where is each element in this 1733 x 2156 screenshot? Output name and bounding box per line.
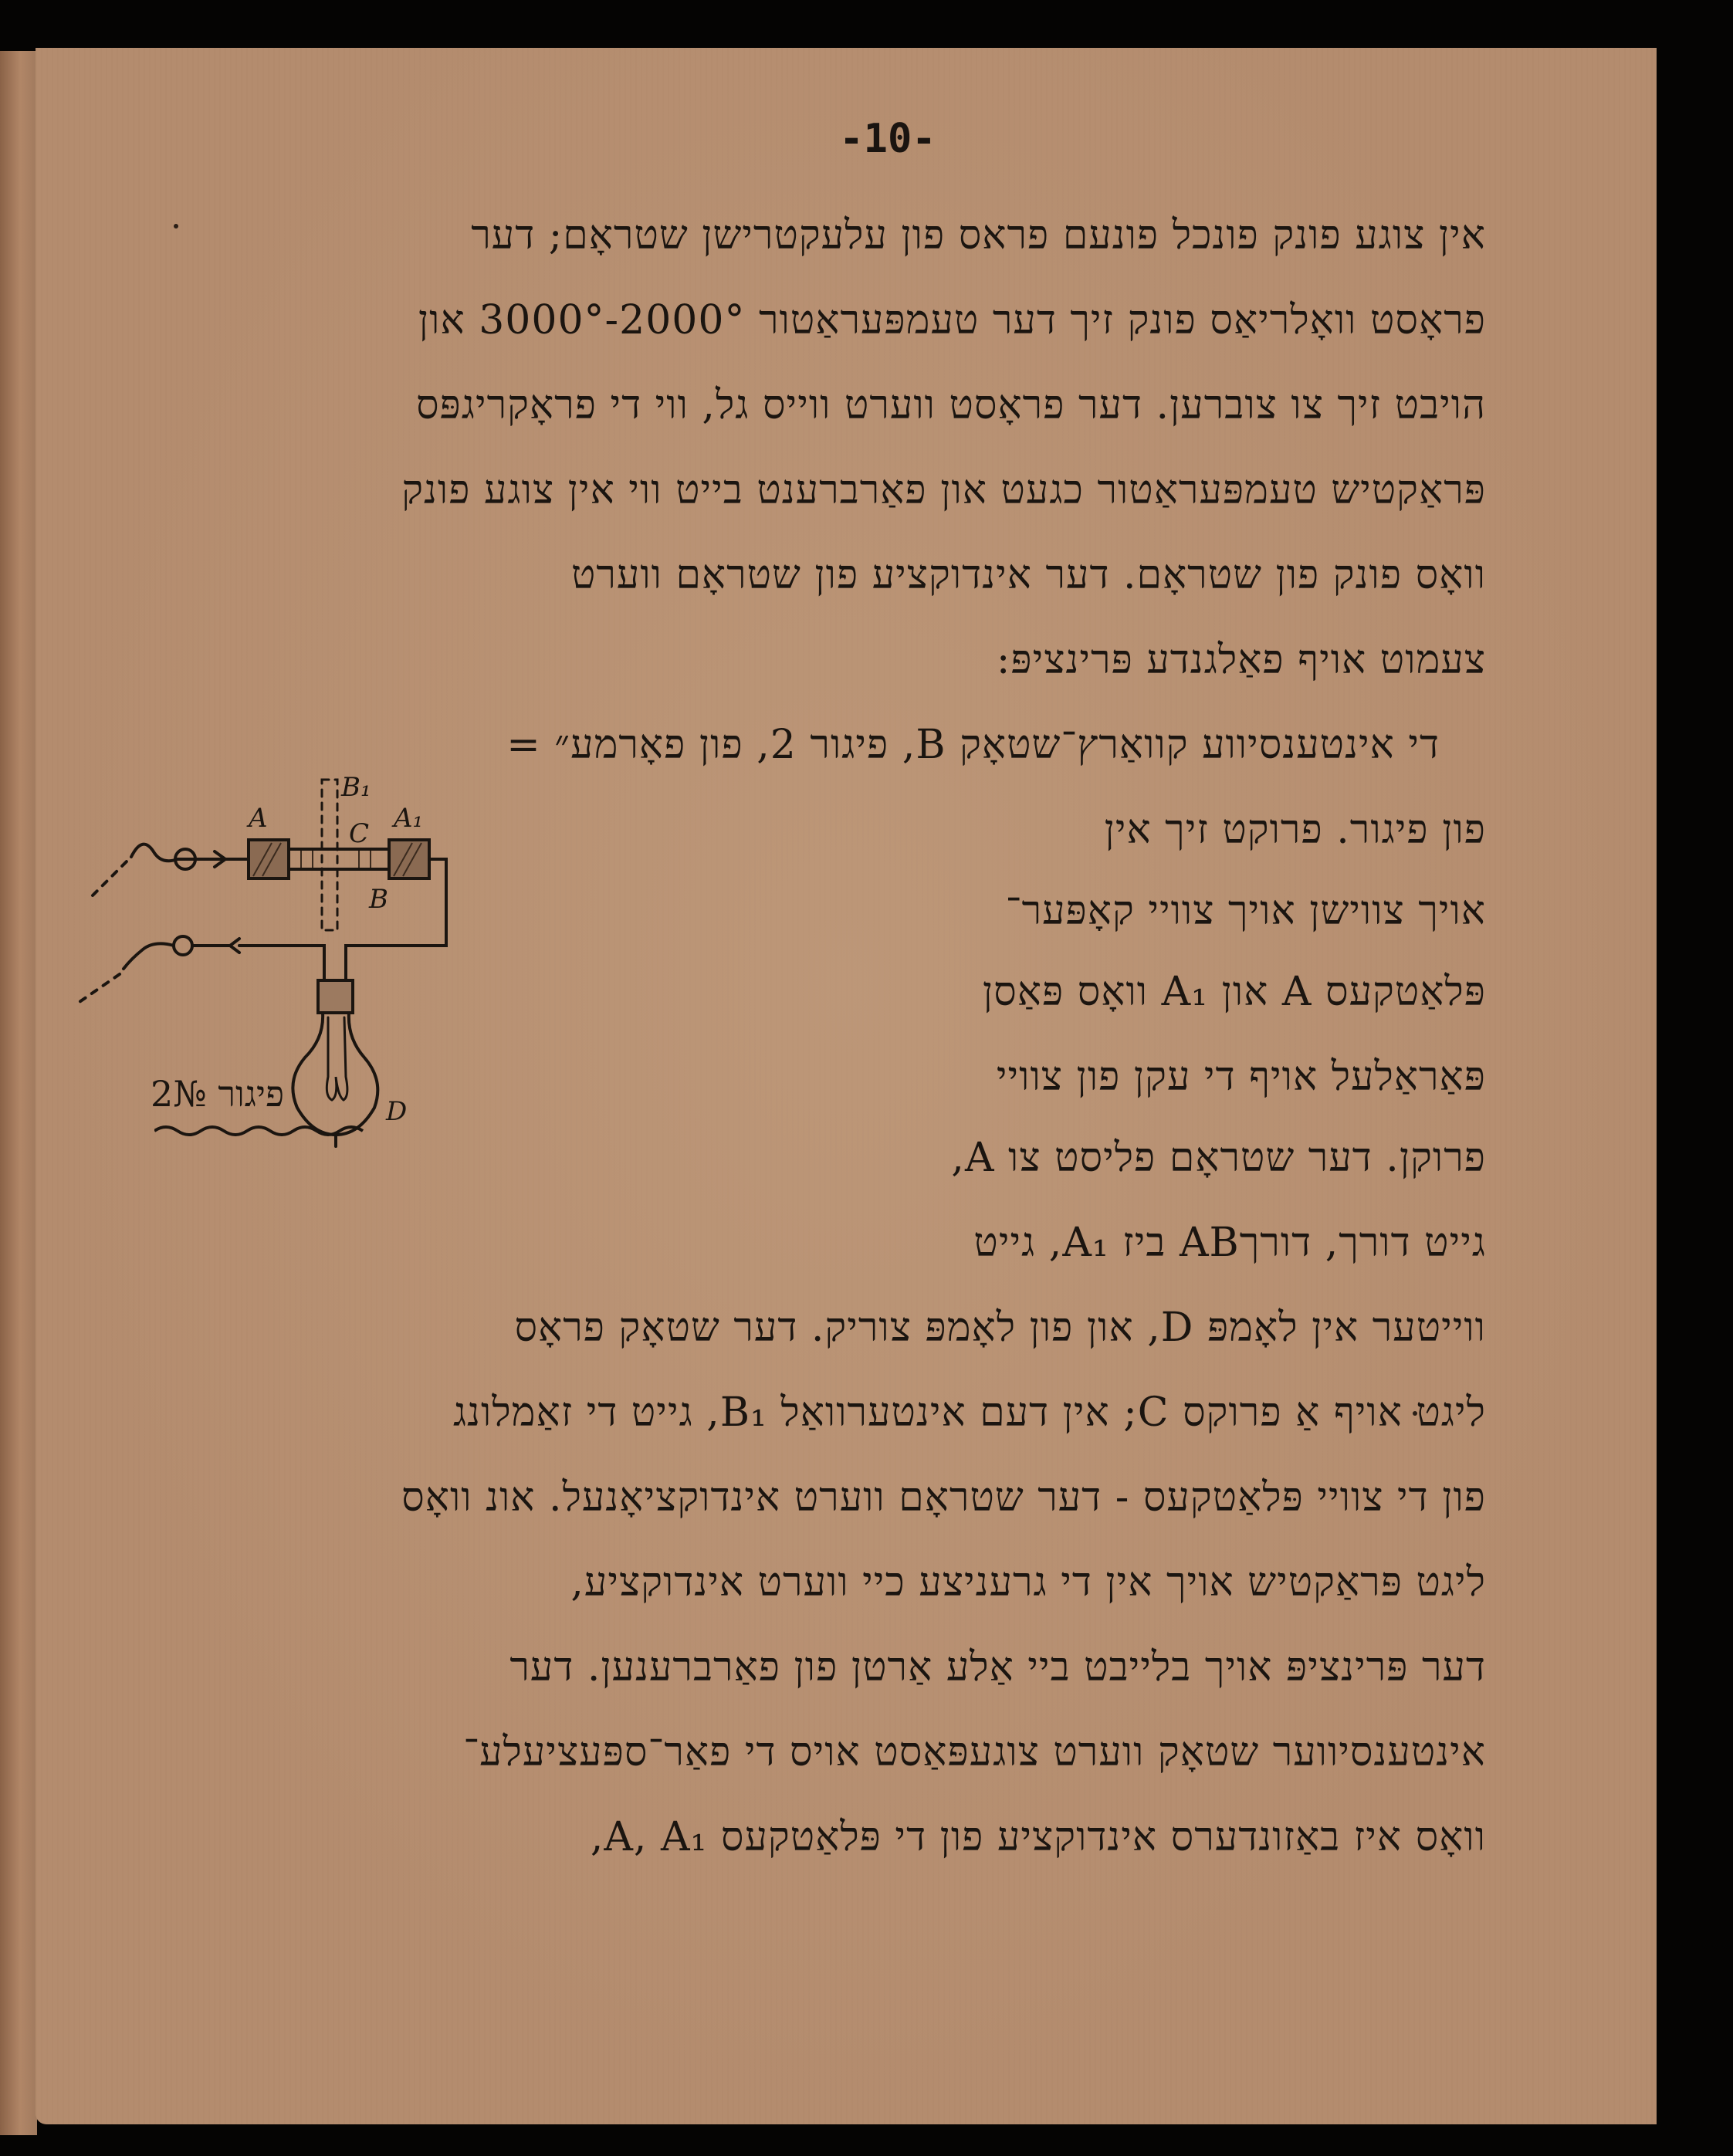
- text-line-20: וואָס איז באַזונדערס אינדוקציע פון די פּ…: [591, 1814, 1486, 1860]
- circuit-diagram-icon: [77, 772, 695, 1266]
- text-line-9: אויך צווישן אויך צוויי קאָפּער־: [1006, 888, 1486, 934]
- text-line-1: אין צוגע פונק פונכל פונעם פראס פון עלעקט…: [471, 212, 1486, 259]
- text-line-14: ווייטער אין לאָמפּ D, און פון לאָמפּ צור…: [514, 1305, 1486, 1351]
- text-line-11: פּאַראַלעל אויף די עקן פון צוויי: [997, 1054, 1486, 1100]
- text-line-10: פּלאַטקעס A און A₁ וואָס פּאַסן: [983, 969, 1486, 1015]
- text-line-16: פון די צוויי פּלאַטקעס - דער שטראָם ווער…: [401, 1474, 1486, 1521]
- text-line-7: די אינטענסיווע קוואַרץ־שטאָק B, פיגור 2,…: [506, 722, 1440, 768]
- text-line-3: הויבט זיך צו צוברען. דער פראָסט ווערט וו…: [416, 382, 1486, 428]
- text-line-15: ליגט אויף אַ פרוקס C; אין דעם אינטערוואַ…: [453, 1389, 1486, 1436]
- ink-dot: [174, 224, 178, 228]
- text-line-8: פון פיגור. פרוקט זיך אין: [1105, 807, 1486, 853]
- figure-2-circuit-diagram: A A₁ B₁ C B D: [77, 772, 695, 1266]
- left-page-edge: [0, 51, 37, 2135]
- text-line-6: צעמוט אויף פאַלגנדע פּרינציפּ:: [997, 637, 1486, 683]
- text-line-4: פּראַקטיש טעמפּעראַטור כגעט און פאַרברענ…: [401, 467, 1486, 513]
- text-line-12: פרוקן. דער שטראָם פליסט צו A,: [951, 1135, 1486, 1181]
- page-number: -10-: [818, 116, 957, 162]
- text-line-17: ליגט פּראַקטיש אויך אין די גרעניצע כיי ו…: [570, 1559, 1486, 1606]
- figure-caption: פיגור №2: [151, 1073, 284, 1115]
- text-line-5: וואָס פונק פון שטראָם. דער אינדוקציע פון…: [571, 552, 1486, 598]
- label-b1: B₁: [341, 772, 371, 803]
- label-c: C: [349, 818, 369, 849]
- wavy-underline-icon: [154, 1123, 371, 1139]
- text-line-13: גייט דורך, דורךAB ביז A₁, גייט: [973, 1220, 1486, 1266]
- label-a1: A₁: [394, 803, 423, 834]
- text-line-19: אינטענסיווער שטאָק ווערט צוגעפּאַסט אויס…: [463, 1729, 1486, 1775]
- ink-dot: [1413, 1411, 1417, 1416]
- label-a: A: [249, 803, 268, 834]
- text-line-18: דער פּרינציפּ אויך בלייבט ביי אַלע אַרטן…: [509, 1644, 1486, 1691]
- label-b: B: [369, 884, 388, 915]
- label-d: D: [386, 1096, 407, 1127]
- text-line-2: פראָסט וואָלריאַס פונק זיך דער טעמפּעראַ…: [418, 297, 1486, 344]
